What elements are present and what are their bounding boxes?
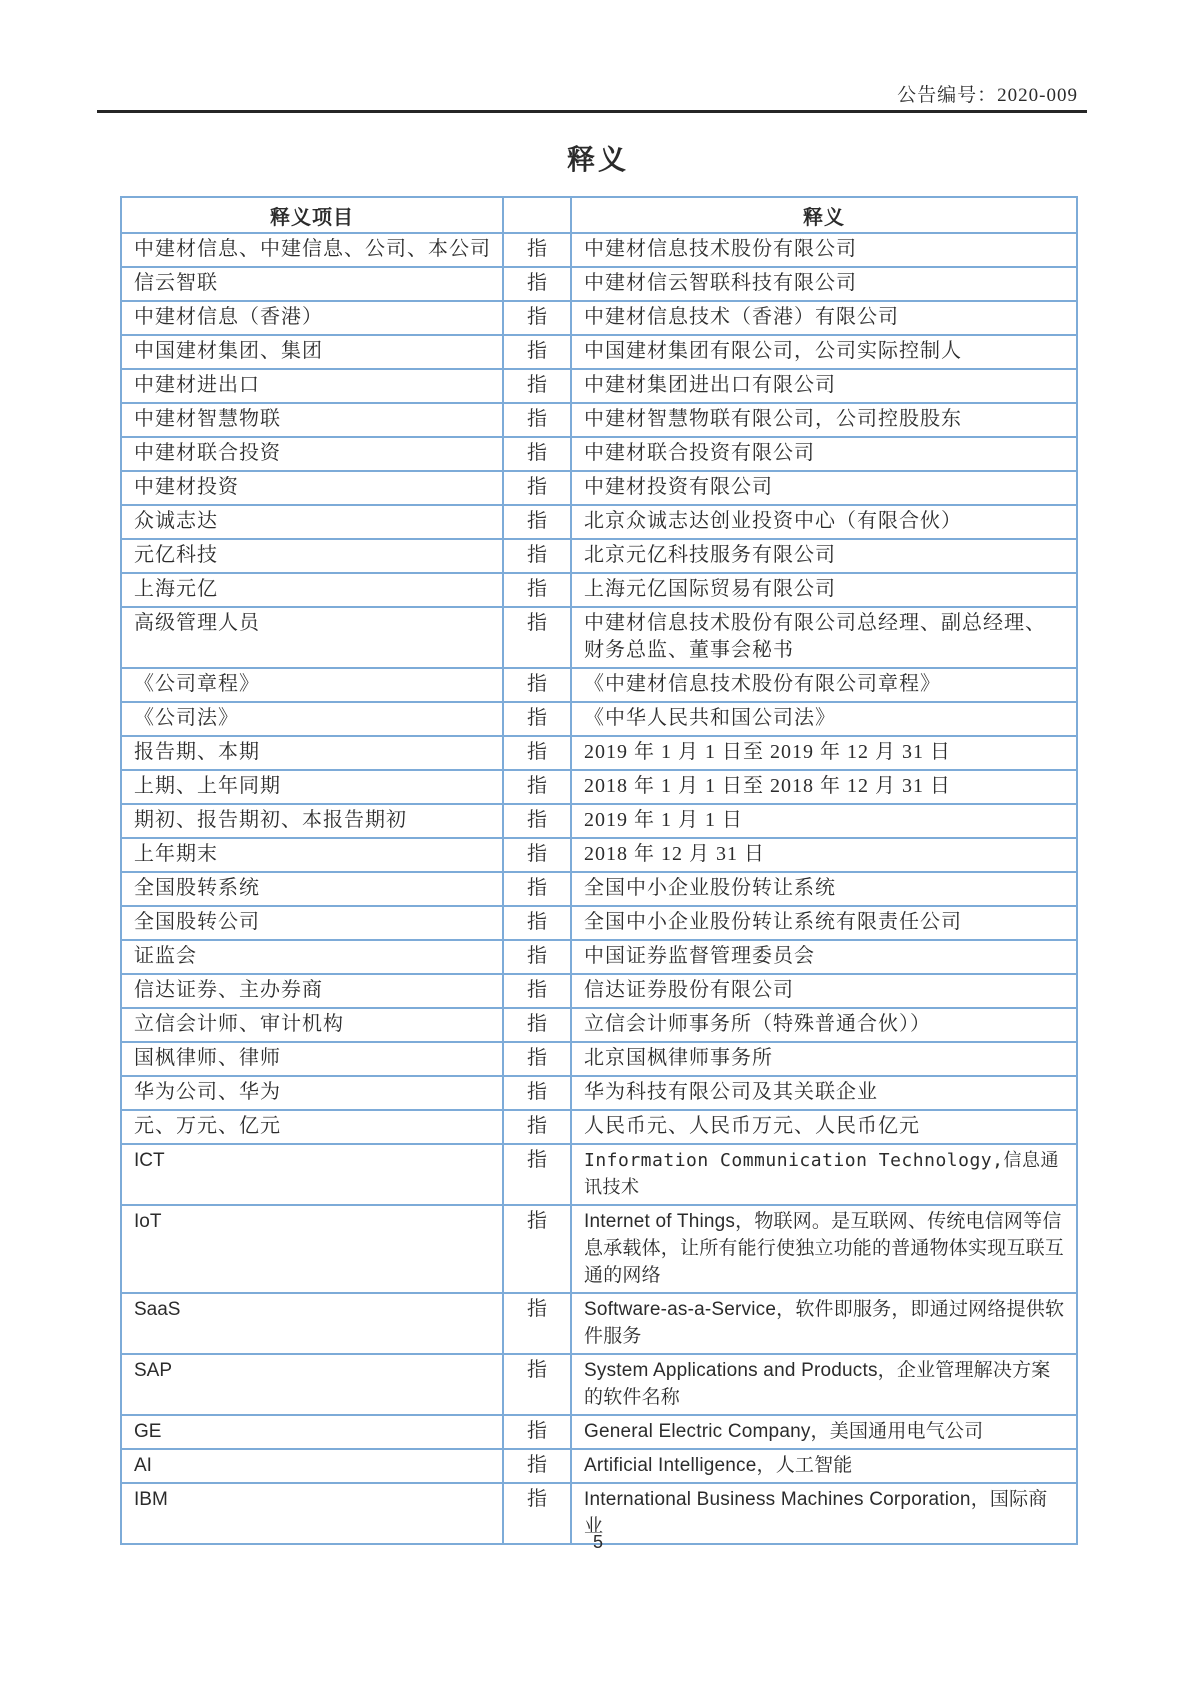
definition-cell: 2018 年 12 月 31 日: [571, 838, 1077, 872]
definition-cell: Artificial Intelligence，人工智能: [571, 1449, 1077, 1483]
term-cell: SAP: [121, 1354, 503, 1415]
term-cell: 中国建材集团、集团: [121, 335, 503, 369]
table-row: 中建材进出口指中建材集团进出口有限公司: [121, 369, 1077, 403]
col-header-pointer: [503, 197, 571, 233]
pointer-cell: 指: [503, 301, 571, 335]
definition-cell: Information Communication Technology,信息通…: [571, 1144, 1077, 1205]
term-cell: IoT: [121, 1205, 503, 1293]
term-cell: 元、万元、亿元: [121, 1110, 503, 1144]
table-row: 《公司法》指《中华人民共和国公司法》: [121, 702, 1077, 736]
table-row: 上年期末指2018 年 12 月 31 日: [121, 838, 1077, 872]
pointer-cell: 指: [503, 1144, 571, 1205]
term-cell: 中建材投资: [121, 471, 503, 505]
col-header-term: 释义项目: [121, 197, 503, 233]
table-row: GE指General Electric Company，美国通用电气公司: [121, 1415, 1077, 1449]
definition-cell: 中建材信息技术股份有限公司总经理、副总经理、财务总监、董事会秘书: [571, 607, 1077, 668]
document-page: 公告编号：2020-009 释义 释义项目 释义 中建材信息、中建信息、公司、本…: [0, 0, 1200, 1697]
term-cell: 上海元亿: [121, 573, 503, 607]
term-cell: 全国股转公司: [121, 906, 503, 940]
col-header-definition: 释义: [571, 197, 1077, 233]
pointer-cell: 指: [503, 437, 571, 471]
table-row: 上海元亿指上海元亿国际贸易有限公司: [121, 573, 1077, 607]
table-row: 中建材联合投资指中建材联合投资有限公司: [121, 437, 1077, 471]
table-row: 众诚志达指北京众诚志达创业投资中心（有限合伙）: [121, 505, 1077, 539]
table-row: 《公司章程》指《中建材信息技术股份有限公司章程》: [121, 668, 1077, 702]
term-cell: 中建材联合投资: [121, 437, 503, 471]
table-row: SaaS指Software-as-a-Service，软件即服务，即通过网络提供…: [121, 1293, 1077, 1354]
definition-cell: 中建材投资有限公司: [571, 471, 1077, 505]
term-cell: 报告期、本期: [121, 736, 503, 770]
term-cell: 高级管理人员: [121, 607, 503, 668]
definition-cell: 中建材信息技术股份有限公司: [571, 233, 1077, 267]
page-number: 5: [120, 1532, 1076, 1553]
table-row: SAP指System Applications and Products，企业管…: [121, 1354, 1077, 1415]
table-row: ICT指Information Communication Technology…: [121, 1144, 1077, 1205]
definition-cell: Software-as-a-Service，软件即服务，即通过网络提供软件服务: [571, 1293, 1077, 1354]
definition-cell: 《中华人民共和国公司法》: [571, 702, 1077, 736]
table-row: 中国建材集团、集团指中国建材集团有限公司，公司实际控制人: [121, 335, 1077, 369]
definition-cell: 中建材信云智联科技有限公司: [571, 267, 1077, 301]
definition-cell: 中国建材集团有限公司，公司实际控制人: [571, 335, 1077, 369]
table-row: 全国股转系统指全国中小企业股份转让系统: [121, 872, 1077, 906]
definition-cell: 全国中小企业股份转让系统有限责任公司: [571, 906, 1077, 940]
definition-cell: 2019 年 1 月 1 日至 2019 年 12 月 31 日: [571, 736, 1077, 770]
pointer-cell: 指: [503, 906, 571, 940]
definitions-table-body: 中建材信息、中建信息、公司、本公司指中建材信息技术股份有限公司信云智联指中建材信…: [121, 233, 1077, 1544]
pointer-cell: 指: [503, 974, 571, 1008]
term-cell: 上年期末: [121, 838, 503, 872]
definition-cell: 《中建材信息技术股份有限公司章程》: [571, 668, 1077, 702]
definition-cell: 北京众诚志达创业投资中心（有限合伙）: [571, 505, 1077, 539]
definition-cell: 人民币元、人民币万元、人民币亿元: [571, 1110, 1077, 1144]
pointer-cell: 指: [503, 1205, 571, 1293]
table-row: 信达证券、主办券商指信达证券股份有限公司: [121, 974, 1077, 1008]
term-cell: 众诚志达: [121, 505, 503, 539]
definition-cell: 中建材联合投资有限公司: [571, 437, 1077, 471]
term-cell: ICT: [121, 1144, 503, 1205]
table-row: 中建材信息、中建信息、公司、本公司指中建材信息技术股份有限公司: [121, 233, 1077, 267]
definition-cell: 北京元亿科技服务有限公司: [571, 539, 1077, 573]
definition-cell: General Electric Company，美国通用电气公司: [571, 1415, 1077, 1449]
definition-cell: 中建材智慧物联有限公司，公司控股股东: [571, 403, 1077, 437]
definition-cell: 北京国枫律师事务所: [571, 1042, 1077, 1076]
table-row: 元、万元、亿元指人民币元、人民币万元、人民币亿元: [121, 1110, 1077, 1144]
pointer-cell: 指: [503, 1449, 571, 1483]
table-row: 期初、报告期初、本报告期初指2019 年 1 月 1 日: [121, 804, 1077, 838]
table-row: IoT指Internet of Things，物联网。是互联网、传统电信网等信息…: [121, 1205, 1077, 1293]
pointer-cell: 指: [503, 267, 571, 301]
table-row: 中建材智慧物联指中建材智慧物联有限公司，公司控股股东: [121, 403, 1077, 437]
table-row: AI指Artificial Intelligence，人工智能: [121, 1449, 1077, 1483]
pointer-cell: 指: [503, 940, 571, 974]
pointer-cell: 指: [503, 1354, 571, 1415]
pointer-cell: 指: [503, 804, 571, 838]
pointer-cell: 指: [503, 1042, 571, 1076]
term-cell: 中建材进出口: [121, 369, 503, 403]
table-row: 高级管理人员指中建材信息技术股份有限公司总经理、副总经理、财务总监、董事会秘书: [121, 607, 1077, 668]
table-header-row: 释义项目 释义: [121, 197, 1077, 233]
definition-cell: 2018 年 1 月 1 日至 2018 年 12 月 31 日: [571, 770, 1077, 804]
term-cell: GE: [121, 1415, 503, 1449]
pointer-cell: 指: [503, 1008, 571, 1042]
pointer-cell: 指: [503, 1293, 571, 1354]
page-title: 释义: [120, 138, 1076, 178]
term-cell: 《公司法》: [121, 702, 503, 736]
pointer-cell: 指: [503, 335, 571, 369]
pointer-cell: 指: [503, 403, 571, 437]
definition-cell: 全国中小企业股份转让系统: [571, 872, 1077, 906]
pointer-cell: 指: [503, 607, 571, 668]
pointer-cell: 指: [503, 1076, 571, 1110]
table-row: 中建材信息（香港）指中建材信息技术（香港）有限公司: [121, 301, 1077, 335]
table-row: 全国股转公司指全国中小企业股份转让系统有限责任公司: [121, 906, 1077, 940]
definition-cell: 中建材信息技术（香港）有限公司: [571, 301, 1077, 335]
doc-number: 公告编号：2020-009: [897, 80, 1078, 107]
definition-cell: Internet of Things，物联网。是互联网、传统电信网等信息承载体，…: [571, 1205, 1077, 1293]
term-cell: 中建材信息（香港）: [121, 301, 503, 335]
term-cell: 国枫律师、律师: [121, 1042, 503, 1076]
pointer-cell: 指: [503, 736, 571, 770]
pointer-cell: 指: [503, 838, 571, 872]
pointer-cell: 指: [503, 702, 571, 736]
definition-cell: 信达证券股份有限公司: [571, 974, 1077, 1008]
definition-cell: 2019 年 1 月 1 日: [571, 804, 1077, 838]
table-row: 华为公司、华为指华为科技有限公司及其关联企业: [121, 1076, 1077, 1110]
pointer-cell: 指: [503, 770, 571, 804]
pointer-cell: 指: [503, 1415, 571, 1449]
table-row: 信云智联指中建材信云智联科技有限公司: [121, 267, 1077, 301]
pointer-cell: 指: [503, 369, 571, 403]
term-cell: 信云智联: [121, 267, 503, 301]
term-cell: 信达证券、主办券商: [121, 974, 503, 1008]
pointer-cell: 指: [503, 573, 571, 607]
term-cell: 上期、上年同期: [121, 770, 503, 804]
definition-cell: 上海元亿国际贸易有限公司: [571, 573, 1077, 607]
term-cell: 元亿科技: [121, 539, 503, 573]
pointer-cell: 指: [503, 539, 571, 573]
table-row: 立信会计师、审计机构指立信会计师事务所（特殊普通合伙））: [121, 1008, 1077, 1042]
pointer-cell: 指: [503, 668, 571, 702]
definition-cell: 华为科技有限公司及其关联企业: [571, 1076, 1077, 1110]
pointer-cell: 指: [503, 471, 571, 505]
definition-cell: 中国证券监督管理委员会: [571, 940, 1077, 974]
table-row: 中建材投资指中建材投资有限公司: [121, 471, 1077, 505]
table-row: 国枫律师、律师指北京国枫律师事务所: [121, 1042, 1077, 1076]
term-cell: 《公司章程》: [121, 668, 503, 702]
pointer-cell: 指: [503, 1110, 571, 1144]
term-cell: 立信会计师、审计机构: [121, 1008, 503, 1042]
term-cell: 中建材信息、中建信息、公司、本公司: [121, 233, 503, 267]
definition-cell: 立信会计师事务所（特殊普通合伙））: [571, 1008, 1077, 1042]
term-cell: 期初、报告期初、本报告期初: [121, 804, 503, 838]
term-cell: 证监会: [121, 940, 503, 974]
table-row: 元亿科技指北京元亿科技服务有限公司: [121, 539, 1077, 573]
table-row: 上期、上年同期指2018 年 1 月 1 日至 2018 年 12 月 31 日: [121, 770, 1077, 804]
term-cell: AI: [121, 1449, 503, 1483]
table-row: 报告期、本期指2019 年 1 月 1 日至 2019 年 12 月 31 日: [121, 736, 1077, 770]
term-cell: 全国股转系统: [121, 872, 503, 906]
pointer-cell: 指: [503, 872, 571, 906]
definitions-table: 释义项目 释义 中建材信息、中建信息、公司、本公司指中建材信息技术股份有限公司信…: [120, 196, 1078, 1545]
header-rule: [97, 110, 1087, 113]
definition-cell: System Applications and Products，企业管理解决方…: [571, 1354, 1077, 1415]
table-row: 证监会指中国证券监督管理委员会: [121, 940, 1077, 974]
term-cell: 中建材智慧物联: [121, 403, 503, 437]
pointer-cell: 指: [503, 233, 571, 267]
definition-cell: 中建材集团进出口有限公司: [571, 369, 1077, 403]
pointer-cell: 指: [503, 505, 571, 539]
term-cell: SaaS: [121, 1293, 503, 1354]
term-cell: 华为公司、华为: [121, 1076, 503, 1110]
